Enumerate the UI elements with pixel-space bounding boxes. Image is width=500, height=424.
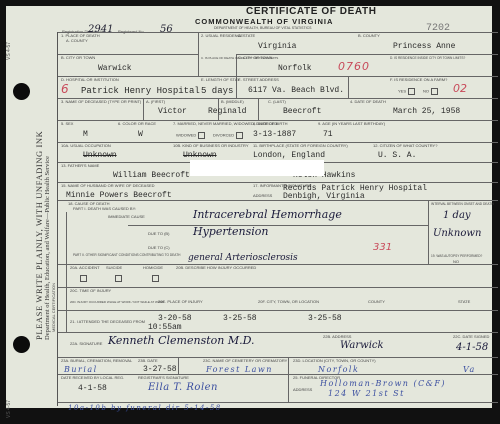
burial-date: 3-27-58 <box>143 365 177 374</box>
birth-date: 3-13-1887 <box>253 130 296 139</box>
due-to-c-label: DUE TO (c) <box>148 246 170 251</box>
medical-certification-label: MEDICAL CERTIFICATION <box>52 283 57 332</box>
cemetery: Forest Lawn <box>206 365 273 374</box>
department-text: Department of Health, Education, and Wel… <box>44 131 51 340</box>
registrar-label: REGISTRAR'S SIGNATURE <box>138 376 189 381</box>
sex: M <box>83 130 88 139</box>
last-seen: 3-25-58 <box>308 314 342 323</box>
date-signed: 4-1-58 <box>456 342 488 353</box>
occupation: Unknown <box>83 151 117 160</box>
length-of-stay: 5 days <box>201 86 233 96</box>
birthplace-label: 11. BIRTHPLACE (State or foreign country… <box>253 144 348 149</box>
race: W <box>138 130 143 139</box>
burial-type: Burial <box>64 365 98 374</box>
residence-inside-limits-label: d. IS RESIDENCE INSIDE CITY OR TOWN LIMI… <box>390 56 465 61</box>
spouse-label: 15. NAME OF HUSBAND OR WIFE OF DECEASED <box>61 184 155 189</box>
divorced-option[interactable]: DIVORCED <box>213 132 243 139</box>
residence-state: Virginia <box>258 42 296 51</box>
autopsy-answer: NO <box>453 260 459 265</box>
instruction-text: PLEASE WRITE PLAINLY, WITH UNFADING INK <box>34 131 44 340</box>
name-label: 3. NAME OF DECEASED (Type or Print) <box>61 100 141 105</box>
date-signed-label: 22c. DATE SIGNED <box>453 335 489 340</box>
signature-label: 22a. SIGNATURE <box>70 342 102 347</box>
middle-name: Reginald <box>208 107 246 116</box>
hospital-label: d. HOSPITAL OR INSTITUTION <box>61 78 119 83</box>
age: 71 <box>323 130 333 139</box>
suicide-checkbox[interactable] <box>115 275 122 282</box>
cause-code: 331 <box>373 242 392 253</box>
document-subtitle: COMMONWEALTH OF VIRGINIA <box>195 17 333 26</box>
immediate-cause-label: IMMEDIATE CAUSE <box>108 215 145 220</box>
autopsy-label: 19. WAS AUTOPSY PERFORMED? <box>431 254 482 259</box>
widowed-option[interactable]: WIDOWED <box>176 132 205 139</box>
last-name-label: c. (Last) <box>268 100 286 105</box>
interval-a: 1 day <box>443 210 471 221</box>
business-label: 10b. KIND OF BUSINESS OR INDUSTRY <box>173 144 249 149</box>
registrar-signature: Ella T. Rolen <box>148 382 218 393</box>
accident-label: 20a. ACCIDENT <box>70 266 100 271</box>
street-label: e. STREET ADDRESS <box>238 78 279 83</box>
residence-city-label: c. CITY OR TOWN <box>238 56 272 61</box>
hospital-mark: 6 <box>61 82 69 96</box>
spouse-name: Minnie Powers Beecroft <box>66 191 172 200</box>
last-name: Beecroft <box>283 107 321 116</box>
date-of-death: March 25, 1958 <box>393 107 460 116</box>
injury-place-label: 20e. PLACE OF INJURY <box>158 300 203 305</box>
part1-label: PART I. DEATH WAS CAUSED BY: <box>73 207 136 212</box>
farm-no[interactable]: NO <box>423 88 438 95</box>
farm-mark: 02 <box>453 82 467 95</box>
burial-location-label: 23d. LOCATION (City, town, or county) <box>293 359 376 364</box>
first-name: Victor <box>158 107 187 116</box>
accident-checkbox[interactable] <box>80 275 87 282</box>
age-label: 9. AGE (In years last birthday) <box>318 122 385 127</box>
race-label: 6. COLOR OR RACE <box>118 122 156 127</box>
death-time: 10:55am <box>148 323 182 332</box>
burial-date-label: 23b. DATE <box>138 359 158 364</box>
business: Unknown <box>183 151 217 160</box>
bureau-label: DEPARTMENT OF HEALTH, BUREAU OF VITAL ST… <box>214 26 311 30</box>
birth-date-label: 8. DATE OF BIRTH <box>253 122 288 127</box>
injury-how-label: 20b. DESCRIBE HOW INJURY OCCURRED <box>176 266 256 271</box>
physician-address: Warwick <box>340 340 384 351</box>
informant-address: Denbigh, Virginia <box>283 192 365 201</box>
informant-address-label: ADDRESS <box>253 194 272 199</box>
farm-label: f. IS RESIDENCE ON A FARM? <box>390 78 447 83</box>
attendance-label: 21. I attended the deceased from <box>70 320 145 325</box>
residence-city-code: 0760 <box>338 60 370 73</box>
interval-label: INTERVAL BETWEEN ONSET AND DEATH <box>431 202 494 207</box>
funeral-address: 124 W 21st St <box>328 389 405 398</box>
occupation-label: 10a. USUAL OCCUPATION <box>61 144 111 149</box>
side-instruction: PLEASE WRITE PLAINLY, WITH UNFADING INK … <box>34 131 51 340</box>
injury-county-label: COUNTY <box>368 300 385 305</box>
injury-time-label: 20c. TIME OF INJURY <box>70 289 111 294</box>
residence-city: Norfolk <box>278 64 312 73</box>
homicide-label: HOMICIDE <box>143 266 163 271</box>
punch-hole <box>13 336 30 353</box>
form-number-bottom: VS 4-57 <box>6 400 12 418</box>
due-to-cause: Hypertension <box>193 225 269 238</box>
usual-residence-label: 2. USUAL RESIDENCE <box>201 34 243 39</box>
injury-city-label: 20f. CITY, TOWN, OR LOCATION <box>258 300 319 305</box>
while-at-work-label: 20d. INJURY OCCURRED WHILE AT WORK / NOT… <box>70 300 164 305</box>
immediate-cause: Intracerebral Hemorrhage <box>193 208 342 221</box>
sex-label: 5. SEX <box>61 122 73 127</box>
street-address: 6117 Va. Beach Blvd. <box>248 86 344 95</box>
injury-state-label: STATE <box>458 300 470 305</box>
interval-b: Unknown <box>433 228 481 239</box>
burial-location: Norfolk <box>318 365 359 374</box>
residence-county: Princess Anne <box>393 42 455 51</box>
certificate-form: 1. PLACE OF DEATH a. COUNTY 2. USUAL RES… <box>57 32 498 406</box>
punch-hole <box>13 83 30 100</box>
length-of-stay-label: e. LENGTH OF STAY <box>201 78 240 83</box>
physician-address-label: 22b. ADDRESS <box>323 335 351 340</box>
date-of-death-label: 4. DATE OF DEATH <box>350 100 386 105</box>
father-name: William Beecroft <box>113 171 190 180</box>
homicide-checkbox[interactable] <box>152 275 159 282</box>
part2-label: PART II. OTHER SIGNIFICANT CONDITIONS CO… <box>73 253 180 258</box>
birthplace: London, England <box>253 151 325 160</box>
death-city: Warwick <box>98 64 132 73</box>
received-label: DATE RECEIVED BY LOCAL REG. <box>61 376 124 381</box>
received-date: 4-1-58 <box>78 384 107 393</box>
burial-state: Va <box>463 365 476 374</box>
attended-from: 3-20-58 <box>158 314 192 323</box>
physician-signature: Kenneth Clemenston M.D. <box>108 334 255 347</box>
suicide-label: SUICIDE <box>106 266 122 271</box>
part2-cause: general Arteriosclerosis <box>188 253 298 263</box>
father-label: 13. FATHER'S NAME <box>61 164 99 169</box>
form-number: VS 4-57 <box>6 42 12 60</box>
citizen-label: 12. CITIZEN OF WHAT COUNTRY? <box>373 144 437 149</box>
attended-to: 3-25-58 <box>223 314 257 323</box>
middle-name-label: b. (Middle) <box>221 100 244 105</box>
first-name-label: a. (First) <box>146 100 165 105</box>
farm-yes[interactable]: YES <box>398 88 415 95</box>
document-title: CERTIFICATE OF DEATH <box>246 6 377 17</box>
hospital-name: Patrick Henry Hospital <box>81 86 200 96</box>
funeral-director: Holloman-Brown (C&F) <box>320 379 446 388</box>
amendment-note: 10a-10b by funeral dir 5-14-58 <box>68 404 222 412</box>
cemetery-label: 23c. NAME OF CEMETERY OR CREMATORY <box>203 359 287 364</box>
city-label: b. CITY OR TOWN <box>61 56 95 61</box>
due-to-label: DUE TO (b) <box>148 232 169 237</box>
county-label: a. COUNTY <box>66 39 88 44</box>
citizen: U. S. A. <box>378 151 416 160</box>
redacted-area <box>190 160 324 176</box>
state-label: a. STATE <box>238 34 255 39</box>
burial-type-label: 23a. BURIAL, CREMATION, REMOVAL <box>61 359 132 364</box>
funeral-address-label: ADDRESS <box>293 388 312 393</box>
residence-county-label: b. COUNTY <box>358 34 380 39</box>
